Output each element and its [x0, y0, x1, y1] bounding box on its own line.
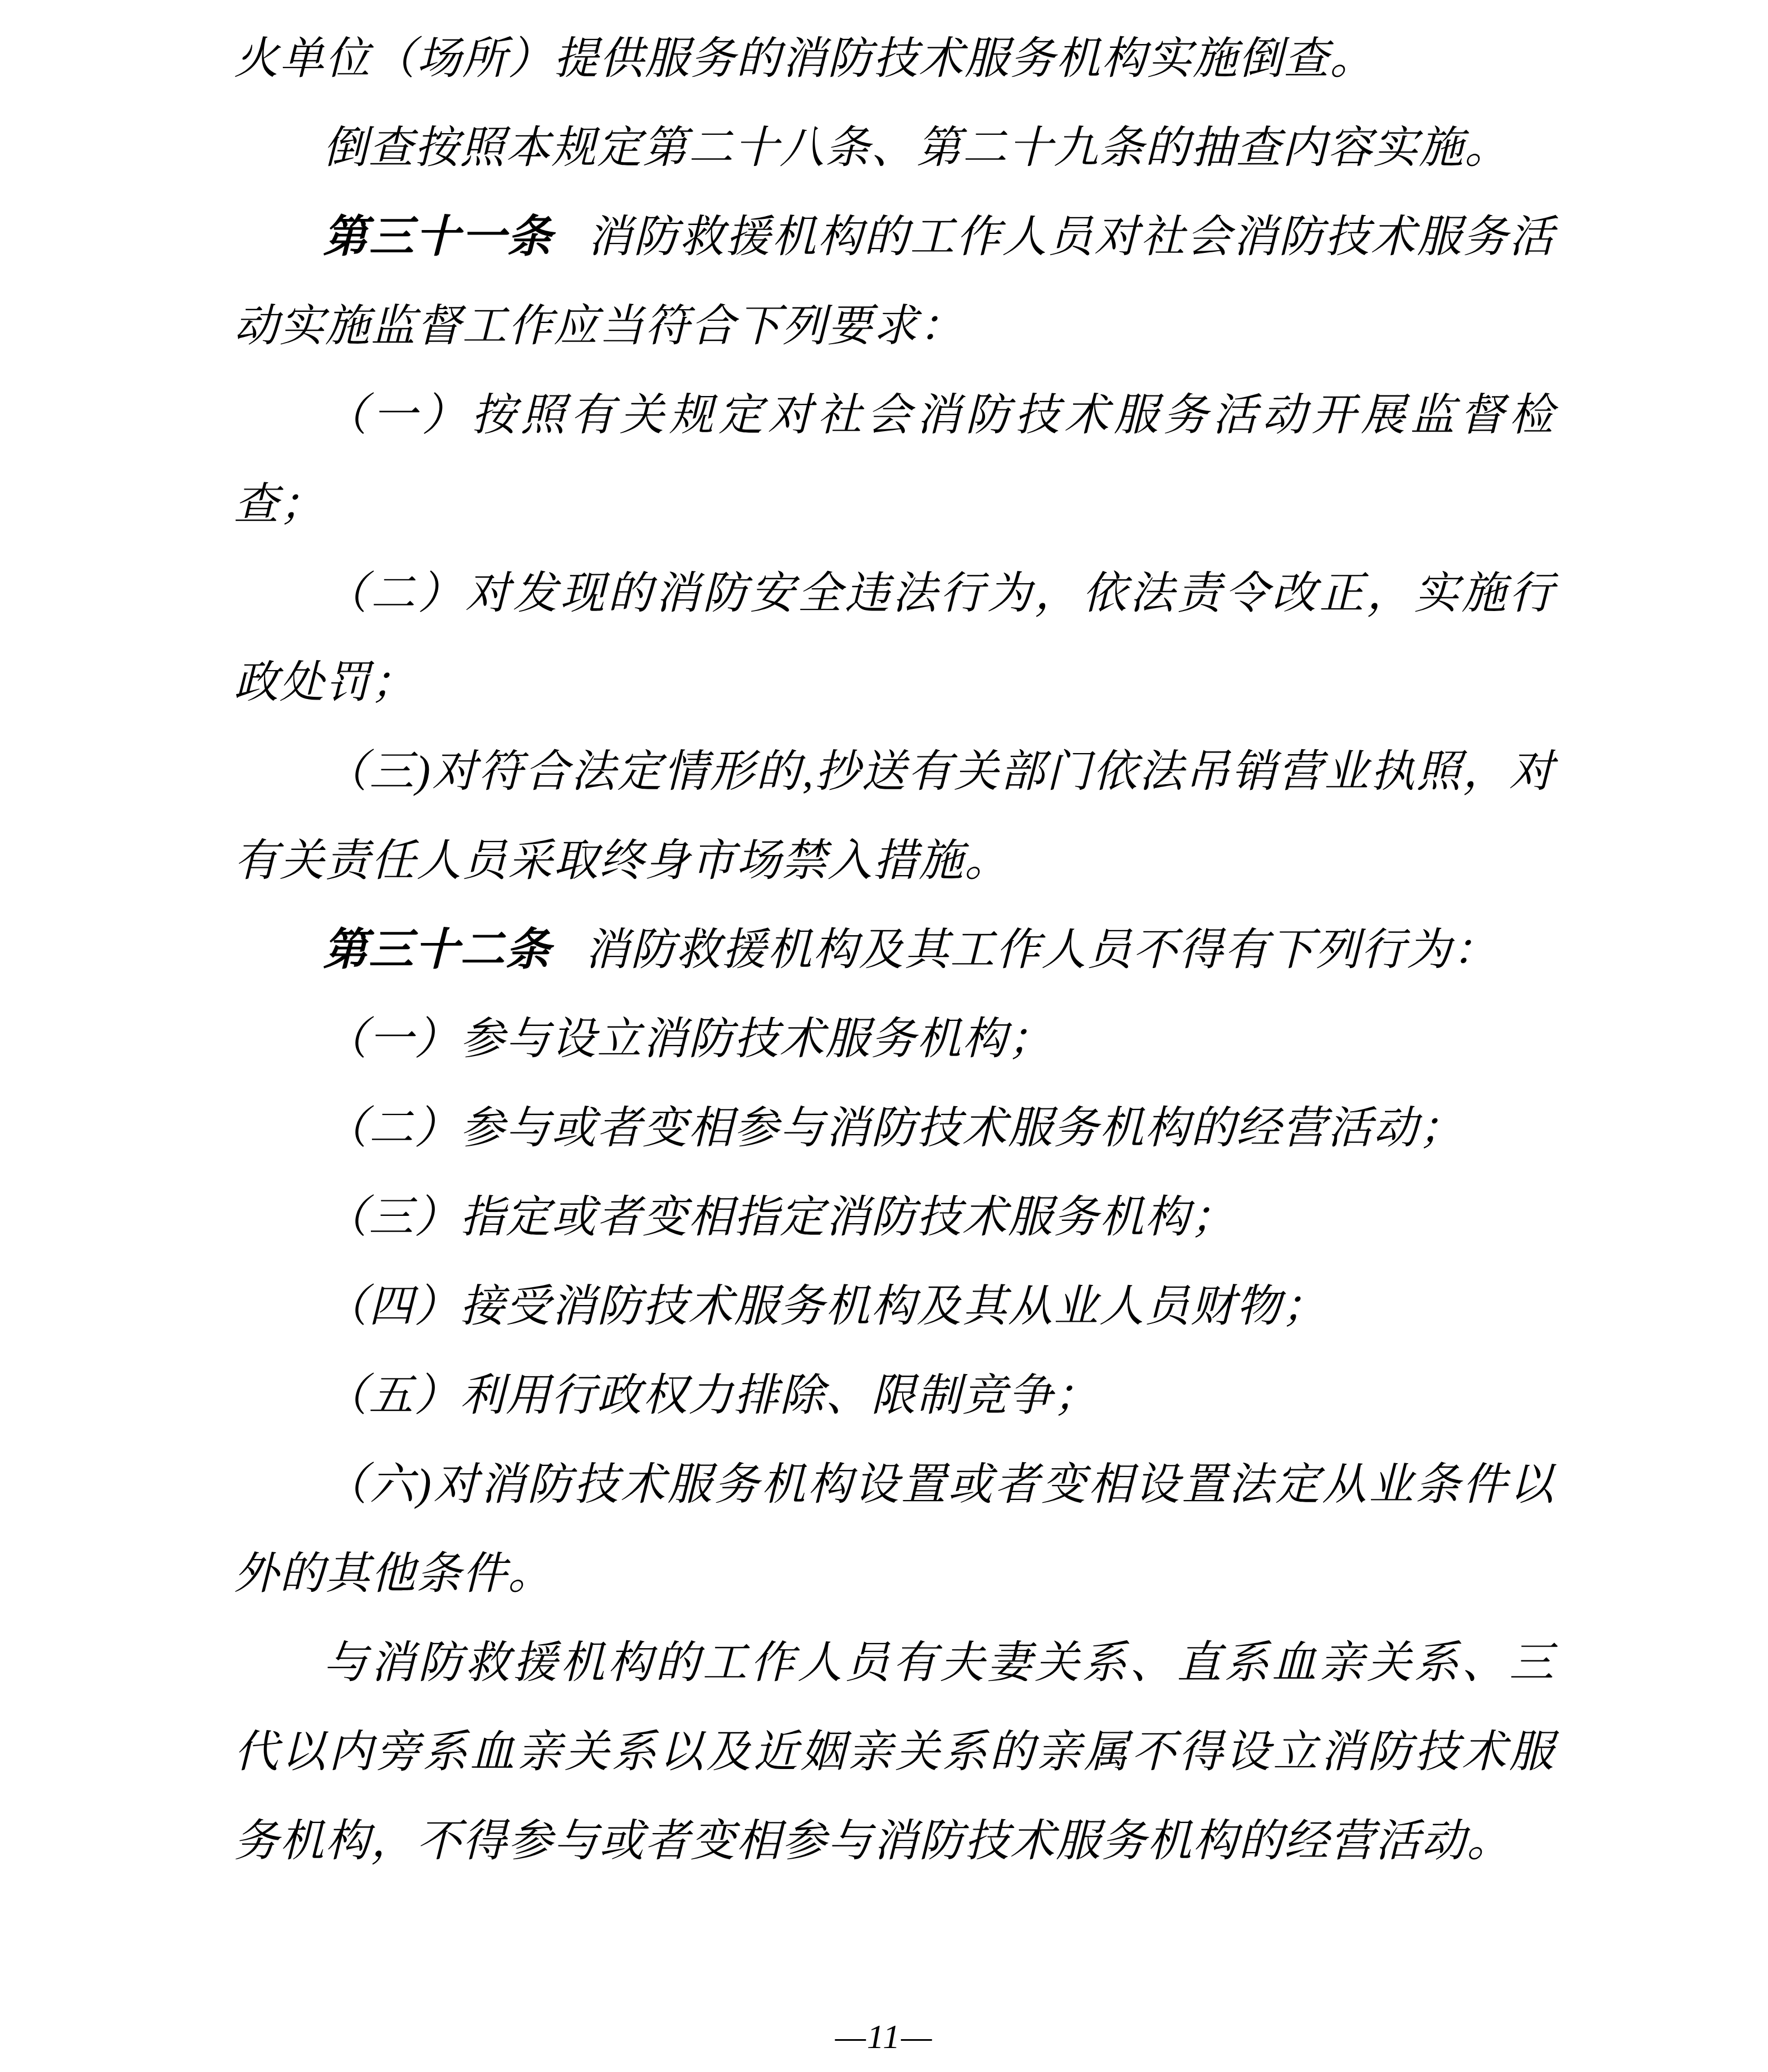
paragraph-item-3: （三）指定或者变相指定消防技术服务机构；: [234, 1173, 1555, 1262]
paragraph-text: （五）利用行政权力排除、限制竞争；: [323, 1371, 1099, 1420]
paragraph-text: （四）接受消防技术服务机构及其从业人员财物；: [323, 1282, 1328, 1331]
paragraph-text: 消防救援机构及其工作人员不得有下列行为：: [585, 926, 1498, 975]
page-number: —11—: [0, 2017, 1768, 2056]
paragraph-item-5: （五）利用行政权力排除、限制竞争；: [234, 1351, 1555, 1440]
paragraph: 倒查按照本规定第二十八条、第二十九条的抽查内容实施。: [234, 104, 1555, 193]
document-page: 火单位（场所）提供服务的消防技术服务机构实施倒查。 倒查按照本规定第二十八条、第…: [0, 0, 1768, 2072]
paragraph-text: （一）参与设立消防技术服务机构；: [323, 1015, 1054, 1064]
paragraph-item-1: （一）参与设立消防技术服务机构；: [234, 995, 1555, 1084]
paragraph-item-3: （三)对符合法定情形的,抄送有关部门依法吊销营业执照，对有关责任人员采取终身市场…: [234, 727, 1555, 906]
paragraph-text: 倒查按照本规定第二十八条、第二十九条的抽查内容实施。: [323, 124, 1510, 173]
paragraph-article-31: 第三十一条消防救援机构的工作人员对社会消防技术服务活动实施监督工作应当符合下列要…: [234, 193, 1555, 371]
paragraph-text: 火单位（场所）提供服务的消防技术服务机构实施倒查。: [234, 35, 1375, 84]
paragraph-item-4: （四）接受消防技术服务机构及其从业人员财物；: [234, 1262, 1555, 1351]
paragraph-item-2: （二）参与或者变相参与消防技术服务机构的经营活动；: [234, 1084, 1555, 1173]
paragraph-text: （一）按照有关规定对社会消防技术服务活动开展监督检查；: [234, 391, 1555, 529]
document-body: 火单位（场所）提供服务的消防技术服务机构实施倒查。 倒查按照本规定第二十八条、第…: [234, 14, 1555, 1886]
paragraph-text: （二）对发现的消防安全违法行为，依法责令改正，实施行政处罚；: [234, 569, 1555, 707]
paragraph-text: 与消防救援机构的工作人员有夫妻关系、直系血亲关系、三代以内旁系血亲关系以及近姻亲…: [234, 1639, 1555, 1866]
paragraph-article-32: 第三十二条消防救援机构及其工作人员不得有下列行为：: [234, 906, 1555, 995]
paragraph-text: （三）指定或者变相指定消防技术服务机构；: [323, 1193, 1236, 1242]
article-heading: 第三十一条: [323, 213, 554, 262]
paragraph-text: （二）参与或者变相参与消防技术服务机构的经营活动；: [323, 1104, 1465, 1153]
paragraph-item-1: （一）按照有关规定对社会消防技术服务活动开展监督检查；: [234, 371, 1555, 549]
paragraph-text: （三)对符合法定情形的,抄送有关部门依法吊销营业执照，对有关责任人员采取终身市场…: [234, 747, 1555, 886]
paragraph-item-2: （二）对发现的消防安全违法行为，依法责令改正，实施行政处罚；: [234, 549, 1555, 727]
paragraph-item-6: （六)对消防技术服务机构设置或者变相设置法定从业条件以外的其他条件。: [234, 1440, 1555, 1619]
paragraph-text: （六)对消防技术服务机构设置或者变相设置法定从业条件以外的其他条件。: [234, 1460, 1555, 1599]
paragraph-continuation: 火单位（场所）提供服务的消防技术服务机构实施倒查。: [234, 14, 1555, 104]
article-heading: 第三十二条: [323, 926, 551, 975]
paragraph-closing: 与消防救援机构的工作人员有夫妻关系、直系血亲关系、三代以内旁系血亲关系以及近姻亲…: [234, 1619, 1555, 1886]
